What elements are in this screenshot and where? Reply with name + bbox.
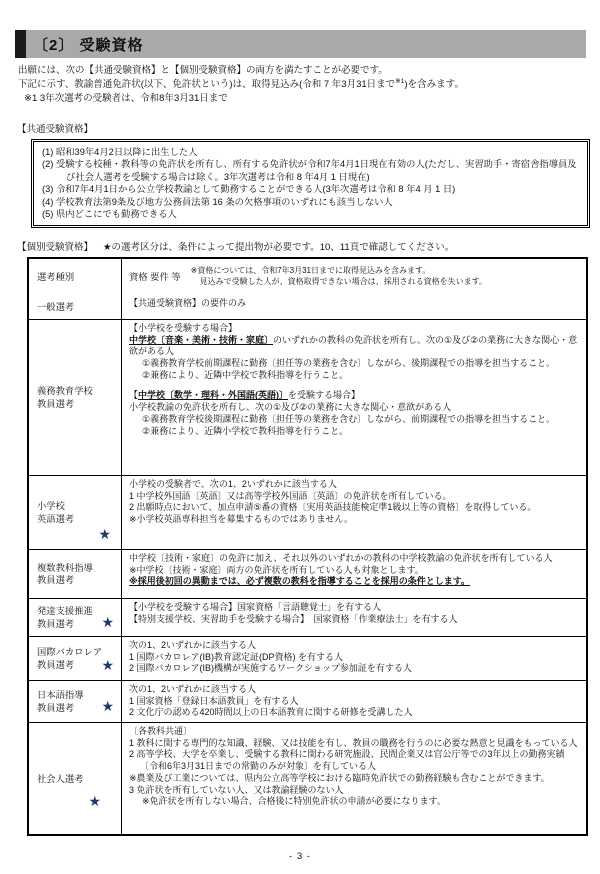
text-line: 1 国際バカロレア(IB)教育認定証(DP資格) を有する人 <box>129 652 581 664</box>
requirements-cell: 次の1、2いずれかに該当する人1 国際バカロレア(IB)教育認定証(DP資格) … <box>122 637 586 680</box>
text-segment: ②兼務により、近隣中学校で教科指導を行うこと。 <box>142 370 348 380</box>
header-note: ※資格については、令和7年3月31日までに取得見込みを含みます。 見込みで受験し… <box>191 266 487 288</box>
table-row: 小学校英語選考★小学校の受験者で、次の1、2いずれかに該当する人1 中学校外国語… <box>29 475 586 549</box>
text-line: ※1 3年次選考の受験者は、令和8年3月31日まで <box>18 92 586 105</box>
individual-qualification-note: ★の選考区分は、条件によって提出物が必要です。10、11頁で確認してください。 <box>103 242 454 253</box>
text-segment: 1 国家資格「登録日本語教員」を有する人 <box>129 696 299 706</box>
selection-type-label: 義務教育学校 <box>37 385 119 397</box>
requirements-cell: 小学校の受験者で、次の1、2いずれかに該当する人1 中学校外国語〔英語〕又は高等… <box>122 476 586 549</box>
text-segment: 2 国際バカロレア(IB)機構が実施するワークショップ参加証を有する人 <box>129 663 412 673</box>
star-icon: ★ <box>98 527 111 541</box>
text-segment: 【 <box>129 390 138 400</box>
text-segment: 1 教科に関する専門的な知識、経験、又は技能を有し、教員の職務を行うのに必要な熱… <box>129 738 578 748</box>
text-segment: 〔各教科共通〕 <box>129 726 192 736</box>
selection-type-label: 社会人選考 <box>37 773 119 785</box>
selection-type-label: 複数教科指導 <box>37 562 119 574</box>
selection-type-cell: 国際バカロレア教員選考★ <box>29 637 122 680</box>
text-line: 【中学校〔数学・理科・外国語(英語)〕を受験する場合】 <box>129 390 581 402</box>
page-number: - 3 - <box>0 851 600 862</box>
table-header-row: 選考種別 資格 要件 等 ※資格については、令和7年3月31日までに取得見込みを… <box>29 259 586 295</box>
text-segment: ※採用後初回の異動までは、必ず複数の教科を指導することを採用の条件とします。 <box>129 576 470 586</box>
text-segment: 2 文化庁の認める420時間以上の日本語教育に関する研修を受講した人 <box>129 707 413 717</box>
text-segment: )を含みます。 <box>404 80 463 91</box>
text-line: ※農業及び工業については、県内公立高等学校における臨時免許状での勤務経験も含むこ… <box>129 773 581 785</box>
text-line: 3 免許状を所有していない人、又は教諭経験のない人 <box>129 785 581 797</box>
common-qualification-label: 【共通受験資格】 <box>17 121 93 135</box>
intro-paragraph: 出願には、次の【共通受験資格】と【個別受験資格】の両方を満たすことが必要です。下… <box>18 64 586 106</box>
header-note-line2: 見込みで受験した人が、資格取得できない場合は、採用される資格を失います。 <box>191 277 487 288</box>
text-line: 次の1、2いずれかに該当する人 <box>129 640 581 652</box>
text-segment: ※中学校〔技術・家庭〕両方の免許状を所有している人も対象とします。 <box>129 565 424 575</box>
selection-type-cell: 複数教科指導教員選考 <box>29 550 122 598</box>
star-icon: ★ <box>101 699 114 713</box>
text-segment: ※免許状を所有しない場合、合格後に特別免許状の申請が必要になります。 <box>142 796 446 806</box>
text-segment: ①義務教育学校前期課程に勤務〔担任等の業務を含む〕しながら、後期課程での指導を担… <box>142 358 555 368</box>
selection-type-cell: 日本語指導教員選考★ <box>29 681 122 722</box>
table-rows: 一般選考【共通受験資格】の要件のみ義務教育学校教員選考【小学校を受験する場合】中… <box>29 295 586 834</box>
text-line: 2 高等学校、大学を卒業し、受験する教科に関わる研究施設、民間企業又は官公庁等で… <box>129 749 581 772</box>
text-segment: 出願には、次の【共通受験資格】と【個別受験資格】の両方を満たすことが必要です。 <box>18 65 388 76</box>
text-line: ※中学校〔技術・家庭〕両方の免許状を所有している人も対象とします。 <box>129 565 581 577</box>
common-qualification-item: (5) 県内どこにでも勤務できる人 <box>42 208 579 220</box>
text-line: 1 国家資格「登録日本語教員」を有する人 <box>129 696 581 708</box>
table-row: 国際バカロレア教員選考★次の1、2いずれかに該当する人1 国際バカロレア(IB)… <box>29 636 586 680</box>
requirements-cell: 【小学校を受験する場合】中学校〔音楽・美術・技術・家庭〕のいずれかの教科の免許状… <box>122 320 586 475</box>
text-segment: 次の1、2いずれかに該当する人 <box>129 684 256 694</box>
text-segment: 小学校の受験者で、次の1、2いずれかに該当する人 <box>129 479 337 489</box>
text-segment: ②兼務により、近隣小学校で教科指導を行うこと。 <box>142 426 348 436</box>
selection-type-cell: 義務教育学校教員選考 <box>29 320 122 475</box>
selection-type-cell: 小学校英語選考★ <box>29 476 122 549</box>
text-segment: 2 高等学校、大学を卒業し、受験する教科に関わる研究施設、民間企業又は官公庁等で… <box>129 749 565 771</box>
header-requirements-label: 資格 要件 等 <box>129 271 181 283</box>
selection-type-label: 小学校 <box>37 500 119 512</box>
text-line: 【共通受験資格】の要件のみ <box>129 298 581 310</box>
document-page: 〔2〕 受験資格 出願には、次の【共通受験資格】と【個別受験資格】の両方を満たす… <box>0 0 600 874</box>
text-segment: 下記に示す、教諭普通免許状(以下、免許状という)は、取得見込み(令和 7 年3月… <box>18 80 395 91</box>
table-row: 複数教科指導教員選考中学校〔技術・家庭〕の免許に加え、それ以外のいずれかの教科の… <box>29 549 586 598</box>
text-segment: 【特別支援学校、実習助手を受験する場合】 国家資格「作業療法士」を有する人 <box>129 614 458 624</box>
text-segment: 2 出願時点において、加点申請⑤番の資格〔実用英語技能検定準1級以上等の資格〕を… <box>129 502 536 512</box>
selection-type-label: 英語選考 <box>37 513 119 525</box>
requirements-cell: 【小学校を受験する場合】国家資格「言語聴覚士」を有する人【特別支援学校、実習助手… <box>122 599 586 636</box>
text-segment: 中学校〔音楽・美術・技術・家庭〕 <box>129 335 273 345</box>
individual-qualification-label: 【個別受験資格】 <box>17 242 93 253</box>
section-title-bar: 〔2〕 受験資格 <box>15 30 586 58</box>
title-left-block <box>15 30 26 58</box>
text-line: 中学校〔音楽・美術・技術・家庭〕のいずれかの教科の免許状を所有し、次の①及び②の… <box>129 335 581 358</box>
selection-type-cell: 一般選考 <box>29 295 122 319</box>
table-row: 社会人選考★〔各教科共通〕1 教科に関する専門的な知識、経験、又は技能を有し、教… <box>29 722 586 834</box>
text-line: 1 中学校外国語〔英語〕又は高等学校外国語〔英語〕の免許状を所有している。 <box>129 491 581 503</box>
header-note-line1: ※資格については、令和7年3月31日までに取得見込みを含みます。 <box>191 266 487 277</box>
text-line: ※採用後初回の異動までは、必ず複数の教科を指導することを採用の条件とします。 <box>129 576 581 588</box>
common-qualification-item: (2) 受験する校種・教科等の免許状を所有し、所有する免許状が令和7年4月1日現… <box>42 158 579 183</box>
header-requirements-cell: 資格 要件 等 ※資格については、令和7年3月31日までに取得見込みを含みます。… <box>122 259 586 295</box>
text-segment: 小学校教諭の免許状を所有し、次の①及び②の業務に大きな関心・意欲がある人 <box>129 402 451 412</box>
requirements-cell: 中学校〔技術・家庭〕の免許に加え、それ以外のいずれかの教科の中学校教諭の免許状を… <box>122 550 586 598</box>
text-line: ②兼務により、近隣中学校で教科指導を行うこと。 <box>129 370 581 382</box>
text-line: 〔各教科共通〕 <box>129 726 581 738</box>
header-selection-type: 選考種別 <box>29 259 122 295</box>
table-row: 一般選考【共通受験資格】の要件のみ <box>29 295 586 319</box>
table-row: 日本語指導教員選考★次の1、2いずれかに該当する人1 国家資格「登録日本語教員」… <box>29 680 586 722</box>
text-line: 【小学校を受験する場合】 <box>129 323 581 335</box>
text-line: 出願には、次の【共通受験資格】と【個別受験資格】の両方を満たすことが必要です。 <box>18 64 586 77</box>
star-icon: ★ <box>101 658 114 672</box>
text-line: 2 出願時点において、加点申請⑤番の資格〔実用英語技能検定準1級以上等の資格〕を… <box>129 502 581 514</box>
common-qualification-item: (4) 学校教育法第9条及び地方公務員法第 16 条の欠格事項のいずれにも該当し… <box>42 196 579 208</box>
text-segment: ①義務教育学校後期課程に勤務〔担任等の業務を含む〕しながら、前期課程での指導を担… <box>142 414 555 424</box>
text-segment: 1 国際バカロレア(IB)教育認定証(DP資格) を有する人 <box>129 652 343 662</box>
text-line: ①義務教育学校前期課程に勤務〔担任等の業務を含む〕しながら、後期課程での指導を担… <box>129 358 581 370</box>
text-segment: ※1 3年次選考の受験者は、令和8年3月31日まで <box>24 93 228 104</box>
requirements-cell: 【共通受験資格】の要件のみ <box>122 295 586 319</box>
page-title: 〔2〕 受験資格 <box>26 34 144 55</box>
selection-type-cell: 社会人選考★ <box>29 723 122 834</box>
star-icon: ★ <box>101 615 114 629</box>
common-qualification-item: (3) 令和7年4月1日から公立学校教諭として勤務することができる人(3年次選考… <box>42 183 579 195</box>
text-segment: 【小学校を受験する場合】国家資格「言語聴覚士」を有する人 <box>129 602 381 612</box>
text-segment: 3 免許状を所有していない人、又は教諭経験のない人 <box>129 785 344 795</box>
text-line: 小学校教諭の免許状を所有し、次の①及び②の業務に大きな関心・意欲がある人 <box>129 402 581 414</box>
table-row: 義務教育学校教員選考【小学校を受験する場合】中学校〔音楽・美術・技術・家庭〕のい… <box>29 319 586 475</box>
selection-type-cell: 発達支援推進教員選考★ <box>29 599 122 636</box>
selection-type-label: 教員選考 <box>37 398 119 410</box>
table-row: 発達支援推進教員選考★【小学校を受験する場合】国家資格「言語聴覚士」を有する人【… <box>29 598 586 636</box>
text-line: ※小学校英語専科担当を募集するものではありません。 <box>129 514 581 526</box>
common-qualification-item: (1) 昭和39年4月2日以降に出生した人 <box>42 146 579 158</box>
text-segment: 【共通受験資格】の要件のみ <box>129 298 246 308</box>
selection-type-label: 教員選考 <box>37 574 119 586</box>
text-line: 2 国際バカロレア(IB)機構が実施するワークショップ参加証を有する人 <box>129 663 581 675</box>
text-segment: 次の1、2いずれかに該当する人 <box>129 640 256 650</box>
star-icon: ★ <box>88 794 101 808</box>
text-segment: 1 中学校外国語〔英語〕又は高等学校外国語〔英語〕の免許状を所有している。 <box>129 491 452 501</box>
qualification-table: 選考種別 資格 要件 等 ※資格については、令和7年3月31日までに取得見込みを… <box>27 257 588 836</box>
text-segment: を受験する場合】 <box>288 390 360 400</box>
individual-qualification-line: 【個別受験資格】★の選考区分は、条件によって提出物が必要です。10、11頁で確認… <box>17 239 587 253</box>
text-line: 次の1、2いずれかに該当する人 <box>129 684 581 696</box>
text-line: 【特別支援学校、実習助手を受験する場合】 国家資格「作業療法士」を有する人 <box>129 614 581 626</box>
text-line: 下記に示す、教諭普通免許状(以下、免許状という)は、取得見込み(令和 7 年3月… <box>18 77 586 92</box>
text-segment: 中学校〔技術・家庭〕の免許に加え、それ以外のいずれかの教科の中学校教諭の免許状を… <box>129 553 553 563</box>
text-line: ※免許状を所有しない場合、合格後に特別免許状の申請が必要になります。 <box>129 796 581 808</box>
text-line: 中学校〔技術・家庭〕の免許に加え、それ以外のいずれかの教科の中学校教諭の免許状を… <box>129 553 581 565</box>
text-segment: 中学校〔数学・理科・外国語(英語)〕 <box>138 390 288 400</box>
text-line: 【小学校を受験する場合】国家資格「言語聴覚士」を有する人 <box>129 602 581 614</box>
text-line: ②兼務により、近隣小学校で教科指導を行うこと。 <box>129 426 581 438</box>
text-line: 2 文化庁の認める420時間以上の日本語教育に関する研修を受講した人 <box>129 707 581 719</box>
selection-type-label: 一般選考 <box>37 301 119 313</box>
text-segment: ※小学校英語専科担当を募集するものではありません。 <box>129 514 353 524</box>
text-line: 小学校の受験者で、次の1、2いずれかに該当する人 <box>129 479 581 491</box>
text-line: 1 教科に関する専門的な知識、経験、又は技能を有し、教員の職務を行うのに必要な熱… <box>129 738 581 750</box>
text-segment: 【小学校を受験する場合】 <box>129 323 237 333</box>
common-qualification-box: (1) 昭和39年4月2日以降に出生した人(2) 受験する校種・教科等の免許状を… <box>33 141 588 226</box>
text-line: ①義務教育学校後期課程に勤務〔担任等の業務を含む〕しながら、前期課程での指導を担… <box>129 414 581 426</box>
text-segment: ※農業及び工業については、県内公立高等学校における臨時免許状での勤務経験も含むこ… <box>129 773 550 783</box>
requirements-cell: 次の1、2いずれかに該当する人1 国家資格「登録日本語教員」を有する人2 文化庁… <box>122 681 586 722</box>
requirements-cell: 〔各教科共通〕1 教科に関する専門的な知識、経験、又は技能を有し、教員の職務を行… <box>122 723 586 834</box>
